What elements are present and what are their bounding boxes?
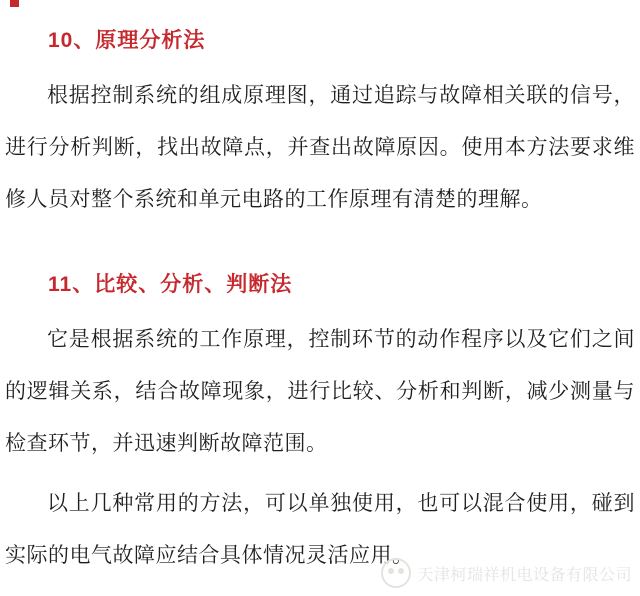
section-heading-11: 11、比较、分析、判断法: [48, 272, 635, 298]
company-logo-icon: [381, 558, 411, 588]
section-10-paragraph: 根据控制系统的组成原理图，通过追踪与故障相关联的信号，进行分析判断，找出故障点，…: [5, 70, 635, 226]
company-name: 天津柯瑞祥机电设备有限公司: [417, 562, 632, 585]
article-page: 10、原理分析法 根据控制系统的组成原理图，通过追踪与故障相关联的信号，进行分析…: [0, 0, 640, 596]
section-11-paragraph-1: 它是根据系统的工作原理，控制环节的动作程序以及它们之间的逻辑关系，结合故障现象，…: [5, 314, 635, 470]
section-heading-10: 10、原理分析法: [48, 28, 635, 54]
company-watermark: 天津柯瑞祥机电设备有限公司: [381, 558, 632, 588]
corner-red-mark: [10, 0, 19, 7]
